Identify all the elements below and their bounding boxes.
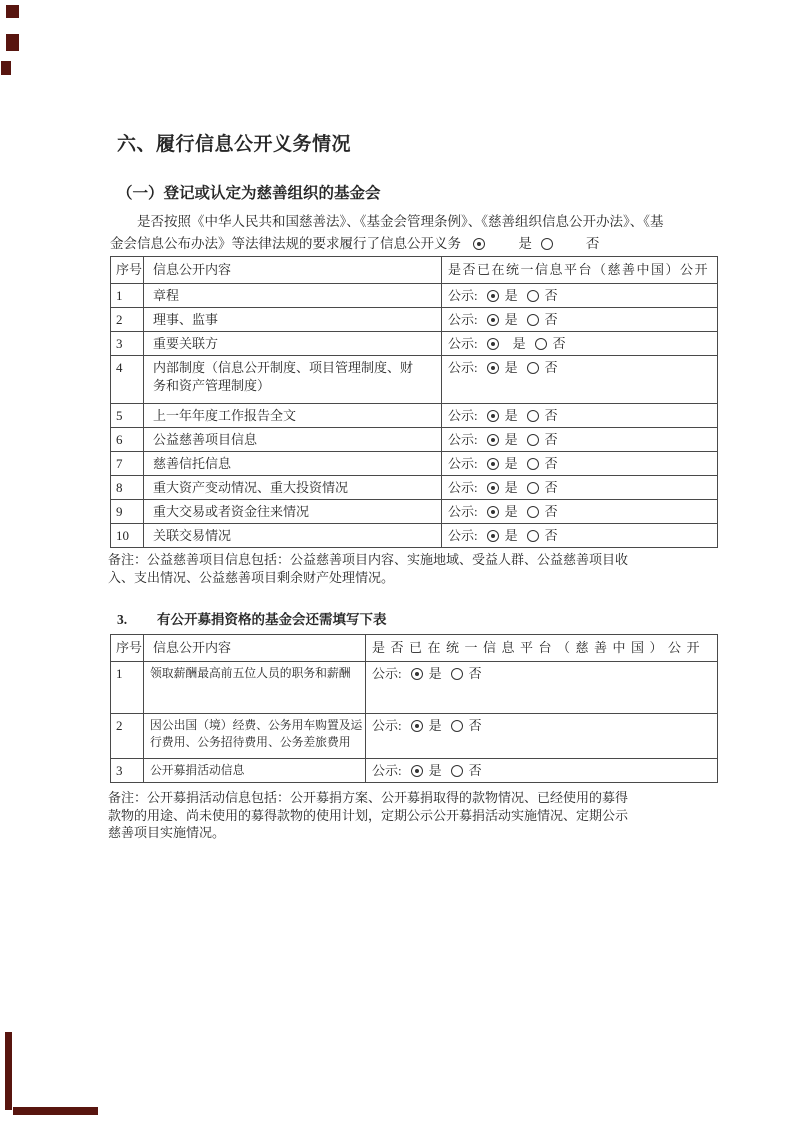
table-row: 1章程公示:是否 xyxy=(111,284,718,308)
publicity-label: 公示: xyxy=(448,408,478,423)
col-header-publicity: 是否已在统一信息平台（慈善中国）公开 xyxy=(366,635,718,662)
radio-yes-selected-icon xyxy=(487,506,499,518)
no-label: 否 xyxy=(545,359,558,377)
scan-artifact-mark xyxy=(1,61,11,75)
radio-no-icon xyxy=(451,720,463,732)
no-label: 否 xyxy=(545,407,558,425)
radio-yes-selected-icon xyxy=(487,434,499,446)
row-number-cell: 4 xyxy=(111,356,144,404)
radio-yes-selected-icon xyxy=(411,765,423,777)
row-publicity-cell: 公示:是否 xyxy=(442,308,718,332)
publicity-label: 公示: xyxy=(448,528,478,543)
no-label: 否 xyxy=(469,762,482,780)
row-publicity-cell: 公示:是否 xyxy=(442,356,718,404)
table-header-row: 序号 信息公开内容 是否已在统一信息平台（慈善中国）公开 xyxy=(111,635,718,662)
yes-label: 是 xyxy=(491,233,532,255)
radio-yes-selected-icon xyxy=(487,482,499,494)
yes-label: 是 xyxy=(429,665,442,683)
row-publicity-cell: 公示:是否 xyxy=(366,714,718,759)
yes-label: 是 xyxy=(505,503,518,521)
radio-no-icon xyxy=(451,668,463,680)
row-content-cell: 重大交易或者资金往来情况 xyxy=(144,500,442,524)
row-publicity-cell: 公示:是否 xyxy=(442,332,718,356)
row-number-cell: 1 xyxy=(111,662,144,714)
radio-no-icon xyxy=(527,410,539,422)
radio-no-icon xyxy=(535,338,547,350)
row-number-cell: 7 xyxy=(111,452,144,476)
table-row: 8重大资产变动情况、重大投资情况公示:是否 xyxy=(111,476,718,500)
radio-yes-selected-icon xyxy=(487,338,499,350)
row-number-cell: 2 xyxy=(111,308,144,332)
table-row: 3公开募捐活动信息公示:是否 xyxy=(111,759,718,783)
no-label: 否 xyxy=(545,527,558,545)
row-number-cell: 3 xyxy=(111,759,144,783)
radio-no-icon xyxy=(527,530,539,542)
row-number-cell: 2 xyxy=(111,714,144,759)
row-content-cell: 因公出国（境）经费、公务用车购置及运 行费用、公务招待费用、公务差旅费用 xyxy=(144,714,366,759)
row-publicity-cell: 公示:是否 xyxy=(442,524,718,548)
row-content-cell: 重大资产变动情况、重大投资情况 xyxy=(144,476,442,500)
yes-label: 是 xyxy=(505,431,518,449)
publicity-label: 公示: xyxy=(448,360,478,375)
radio-yes-selected-icon xyxy=(411,720,423,732)
no-label: 否 xyxy=(545,503,558,521)
no-label: 否 xyxy=(545,311,558,329)
radio-no-icon xyxy=(527,314,539,326)
yes-label: 是 xyxy=(505,455,518,473)
publicity-label: 公示: xyxy=(448,504,478,519)
row-content-cell: 内部制度（信息公开制度、项目管理制度、财 务和资产管理制度） xyxy=(144,356,442,404)
radio-no-icon xyxy=(527,290,539,302)
no-label: 否 xyxy=(545,479,558,497)
intro-radio-group: 是否 xyxy=(464,236,599,251)
row-publicity-cell: 公示:是否 xyxy=(442,452,718,476)
radio-no-icon xyxy=(527,482,539,494)
radio-yes-selected-icon xyxy=(487,458,499,470)
row-number-cell: 6 xyxy=(111,428,144,452)
no-label: 否 xyxy=(469,717,482,735)
no-label: 否 xyxy=(545,455,558,473)
row-publicity-cell: 公示:是否 xyxy=(366,759,718,783)
no-label: 否 xyxy=(545,431,558,449)
row-number-cell: 3 xyxy=(111,332,144,356)
no-label: 否 xyxy=(553,335,566,353)
row-content-cell: 公开募捐活动信息 xyxy=(144,759,366,783)
row-publicity-cell: 公示:是否 xyxy=(442,500,718,524)
publicity-label: 公示: xyxy=(448,480,478,495)
radio-no-icon xyxy=(527,506,539,518)
table-row: 6公益慈善项目信息公示:是否 xyxy=(111,428,718,452)
row-publicity-cell: 公示:是否 xyxy=(366,662,718,714)
table-row: 9重大交易或者资金往来情况公示:是否 xyxy=(111,500,718,524)
row-number-cell: 9 xyxy=(111,500,144,524)
radio-yes-selected-icon xyxy=(487,314,499,326)
row-publicity-cell: 公示:是否 xyxy=(442,476,718,500)
row-publicity-cell: 公示:是否 xyxy=(442,404,718,428)
publicity-label: 公示: xyxy=(448,312,478,327)
radio-yes-selected-icon xyxy=(473,238,485,250)
row-number-cell: 10 xyxy=(111,524,144,548)
yes-label: 是 xyxy=(505,287,518,305)
publicity-label: 公示: xyxy=(448,456,478,471)
section-title: 六、履行信息公开义务情况 xyxy=(117,129,351,156)
disclosure-table-registered-charity: 序号 信息公开内容 是否已在统一信息平台（慈善中国）公开 1章程公示:是否2理事… xyxy=(110,256,718,548)
table-row: 10关联交易情况公示:是否 xyxy=(111,524,718,548)
scan-artifact-mark xyxy=(13,1107,98,1115)
row-number-cell: 8 xyxy=(111,476,144,500)
radio-yes-selected-icon xyxy=(487,530,499,542)
yes-label: 是 xyxy=(505,311,518,329)
col-header-content: 信息公开内容 xyxy=(144,635,366,662)
row-content-cell: 理事、监事 xyxy=(144,308,442,332)
table-row: 1领取薪酬最高前五位人员的职务和薪酬公示:是否 xyxy=(111,662,718,714)
row-content-cell: 公益慈善项目信息 xyxy=(144,428,442,452)
radio-yes-selected-icon xyxy=(411,668,423,680)
col-header-publicity: 是否已在统一信息平台（慈善中国）公开 xyxy=(442,257,718,284)
table-header-row: 序号 信息公开内容 是否已在统一信息平台（慈善中国）公开 xyxy=(111,257,718,284)
publicity-label: 公示: xyxy=(448,288,478,303)
publicity-label: 公示: xyxy=(372,763,402,778)
no-label: 否 xyxy=(545,287,558,305)
scan-artifact-mark xyxy=(5,1032,12,1110)
radio-no-icon xyxy=(527,434,539,446)
section3-number: 3. xyxy=(117,612,157,628)
table2-note: 备注：公开募捐活动信息包括：公开募捐方案、公开募捐取得的款物情况、已经使用的募得… xyxy=(108,789,732,842)
radio-yes-selected-icon xyxy=(487,290,499,302)
disclosure-table-public-fundraising: 序号 信息公开内容 是否已在统一信息平台（慈善中国）公开 1领取薪酬最高前五位人… xyxy=(110,634,718,783)
radio-no-icon xyxy=(527,458,539,470)
scanned-document-page: 六、履行信息公开义务情况 （一）登记或认定为慈善组织的基金会 是否按照《中华人民… xyxy=(0,0,799,1122)
scan-artifact-mark xyxy=(6,34,19,51)
row-content-cell: 重要关联方 xyxy=(144,332,442,356)
yes-label: 是 xyxy=(505,359,518,377)
yes-label: 是 xyxy=(429,762,442,780)
row-content-cell: 上一年年度工作报告全文 xyxy=(144,404,442,428)
row-publicity-cell: 公示:是否 xyxy=(442,428,718,452)
yes-label: 是 xyxy=(505,527,518,545)
yes-label: 是 xyxy=(505,479,518,497)
yes-label: 是 xyxy=(513,335,526,353)
scan-artifact-mark xyxy=(6,5,19,18)
radio-no-icon xyxy=(527,362,539,374)
col-header-content: 信息公开内容 xyxy=(144,257,442,284)
row-number-cell: 1 xyxy=(111,284,144,308)
row-content-cell: 章程 xyxy=(144,284,442,308)
table-row: 3重要关联方公示:是否 xyxy=(111,332,718,356)
publicity-label: 公示: xyxy=(372,718,402,733)
publicity-label: 公示: xyxy=(448,432,478,447)
row-content-cell: 关联交易情况 xyxy=(144,524,442,548)
no-label: 否 xyxy=(469,665,482,683)
intro-paragraph: 是否按照《中华人民共和国慈善法》、《基金会管理条例》、《慈善组织信息公开办法》、… xyxy=(110,211,726,255)
table-row: 2因公出国（境）经费、公务用车购置及运 行费用、公务招待费用、公务差旅费用公示:… xyxy=(111,714,718,759)
row-content-cell: 慈善信托信息 xyxy=(144,452,442,476)
col-header-no: 序号 xyxy=(111,257,144,284)
radio-no-icon xyxy=(451,765,463,777)
radio-yes-selected-icon xyxy=(487,362,499,374)
no-label: 否 xyxy=(559,233,600,255)
yes-label: 是 xyxy=(505,407,518,425)
section3-title: 有公开募捐资格的基金会还需填写下表 xyxy=(157,612,387,627)
row-content-cell: 领取薪酬最高前五位人员的职务和薪酬 xyxy=(144,662,366,714)
publicity-label: 公示: xyxy=(372,666,402,681)
row-publicity-cell: 公示:是否 xyxy=(442,284,718,308)
yes-label: 是 xyxy=(429,717,442,735)
col-header-no: 序号 xyxy=(111,635,144,662)
radio-yes-selected-icon xyxy=(487,410,499,422)
subsection-title: （一）登记或认定为慈善组织的基金会 xyxy=(117,181,381,203)
table-row: 7慈善信托信息公示:是否 xyxy=(111,452,718,476)
table-row: 2理事、监事公示:是否 xyxy=(111,308,718,332)
table1-note: 备注：公益慈善项目信息包括：公益慈善项目内容、实施地域、受益人群、公益慈善项目收… xyxy=(108,551,732,587)
radio-no-icon xyxy=(541,238,553,250)
table-row: 5上一年年度工作报告全文公示:是否 xyxy=(111,404,718,428)
section3-heading: 3.有公开募捐资格的基金会还需填写下表 xyxy=(117,608,387,628)
table-row: 4内部制度（信息公开制度、项目管理制度、财 务和资产管理制度）公示:是否 xyxy=(111,356,718,404)
row-number-cell: 5 xyxy=(111,404,144,428)
publicity-label: 公示: xyxy=(448,336,478,351)
